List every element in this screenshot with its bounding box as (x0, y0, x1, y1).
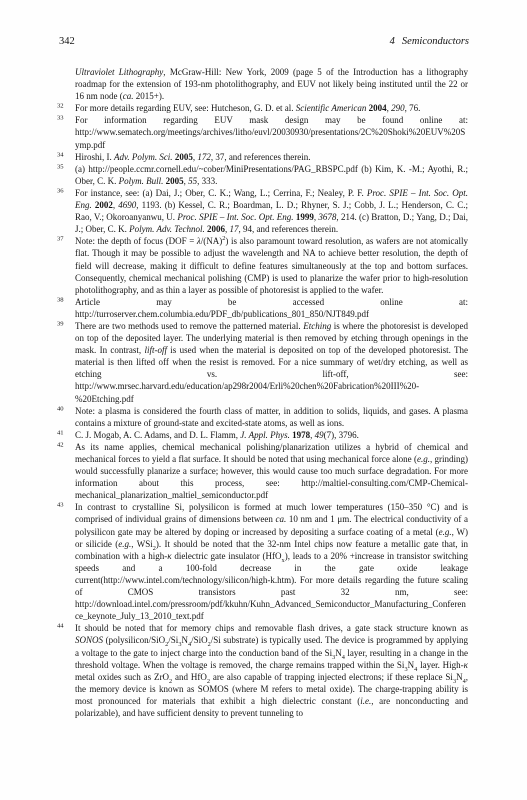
footnote-text: Ultraviolet Lithography, McGraw-Hill: Ne… (75, 66, 468, 102)
footnote-text: Hiroshi, I. Adv. Polym. Sci. 2005, 172, … (75, 151, 468, 163)
footnote-text: C. J. Mogab, A. C. Adams, and D. L. Flam… (75, 429, 468, 441)
footnote-number: 38 (57, 294, 75, 318)
footnote-number: 42 (57, 439, 75, 499)
footnote-text: For instance, see: (a) Dai, J.; Ober, C.… (75, 187, 468, 235)
footnote-text: For information regarding EUV mask desig… (75, 114, 468, 150)
chapter-number: 4 (390, 36, 395, 47)
footnote-number: 44 (57, 621, 75, 718)
footnote-41: 41C. J. Mogab, A. C. Adams, and D. L. Fl… (57, 429, 468, 441)
footnote-number: 34 (57, 149, 75, 161)
footnote-text: (a) http://people.ccmr.cornell.edu/~cobe… (75, 163, 468, 187)
footnote-number: 37 (57, 234, 75, 294)
footnote-text: Note: the depth of focus (DOF = λ/(NA)2)… (75, 235, 468, 295)
footnote-43: 43In contrast to crystalline Si, polysil… (57, 501, 468, 622)
footnote-text: There are two methods used to remove the… (75, 320, 468, 405)
footnote-number: 40 (57, 403, 75, 427)
footnote-text: Note: a plasma is considered the fourth … (75, 405, 468, 429)
footnote-40: 40Note: a plasma is considered the fourt… (57, 405, 468, 429)
footnote-text: As its name applies, chemical mechanical… (75, 441, 468, 501)
footnote-38: 38Article may be accessed online at: htt… (57, 296, 468, 320)
footnote-42: 42As its name applies, chemical mechanic… (57, 441, 468, 501)
chapter-running-head: 4Semiconductors (390, 36, 469, 48)
footnote-text: In contrast to crystalline Si, polysilic… (75, 501, 468, 622)
footnote-list: Ultraviolet Lithography, McGraw-Hill: Ne… (57, 66, 468, 719)
footnote-number: 43 (57, 500, 75, 621)
footnote-number: 35 (57, 161, 75, 185)
footnote-text: For more details regarding EUV, see: Hut… (75, 102, 468, 114)
footnote-number: 36 (57, 185, 75, 233)
footnote-33: 33For information regarding EUV mask des… (57, 114, 468, 150)
footnote-32: 32For more details regarding EUV, see: H… (57, 102, 468, 114)
footnote-36: 36For instance, see: (a) Dai, J.; Ober, … (57, 187, 468, 235)
footnote-number: 33 (57, 113, 75, 149)
running-header: 342 4Semiconductors (59, 36, 469, 48)
footnote-35: 35(a) http://people.ccmr.cornell.edu/~co… (57, 163, 468, 187)
footnote-39: 39There are two methods used to remove t… (57, 320, 468, 405)
footnote-continuation: Ultraviolet Lithography, McGraw-Hill: Ne… (57, 66, 468, 102)
footnote-44: 44It should be noted that for memory chi… (57, 622, 468, 719)
footnote-34: 34Hiroshi, I. Adv. Polym. Sci. 2005, 172… (57, 151, 468, 163)
footnote-37: 37Note: the depth of focus (DOF = λ/(NA)… (57, 235, 468, 295)
footnote-text: It should be noted that for memory chips… (75, 622, 468, 719)
book-page: 342 4Semiconductors Ultraviolet Lithogra… (0, 0, 527, 800)
page-number: 342 (59, 36, 75, 48)
footnote-text: Article may be accessed online at: http:… (75, 296, 468, 320)
footnote-number (57, 65, 75, 101)
footnote-number: 39 (57, 318, 75, 403)
footnote-number: 32 (57, 101, 75, 113)
chapter-title: Semiconductors (402, 36, 469, 47)
footnote-number: 41 (57, 427, 75, 439)
